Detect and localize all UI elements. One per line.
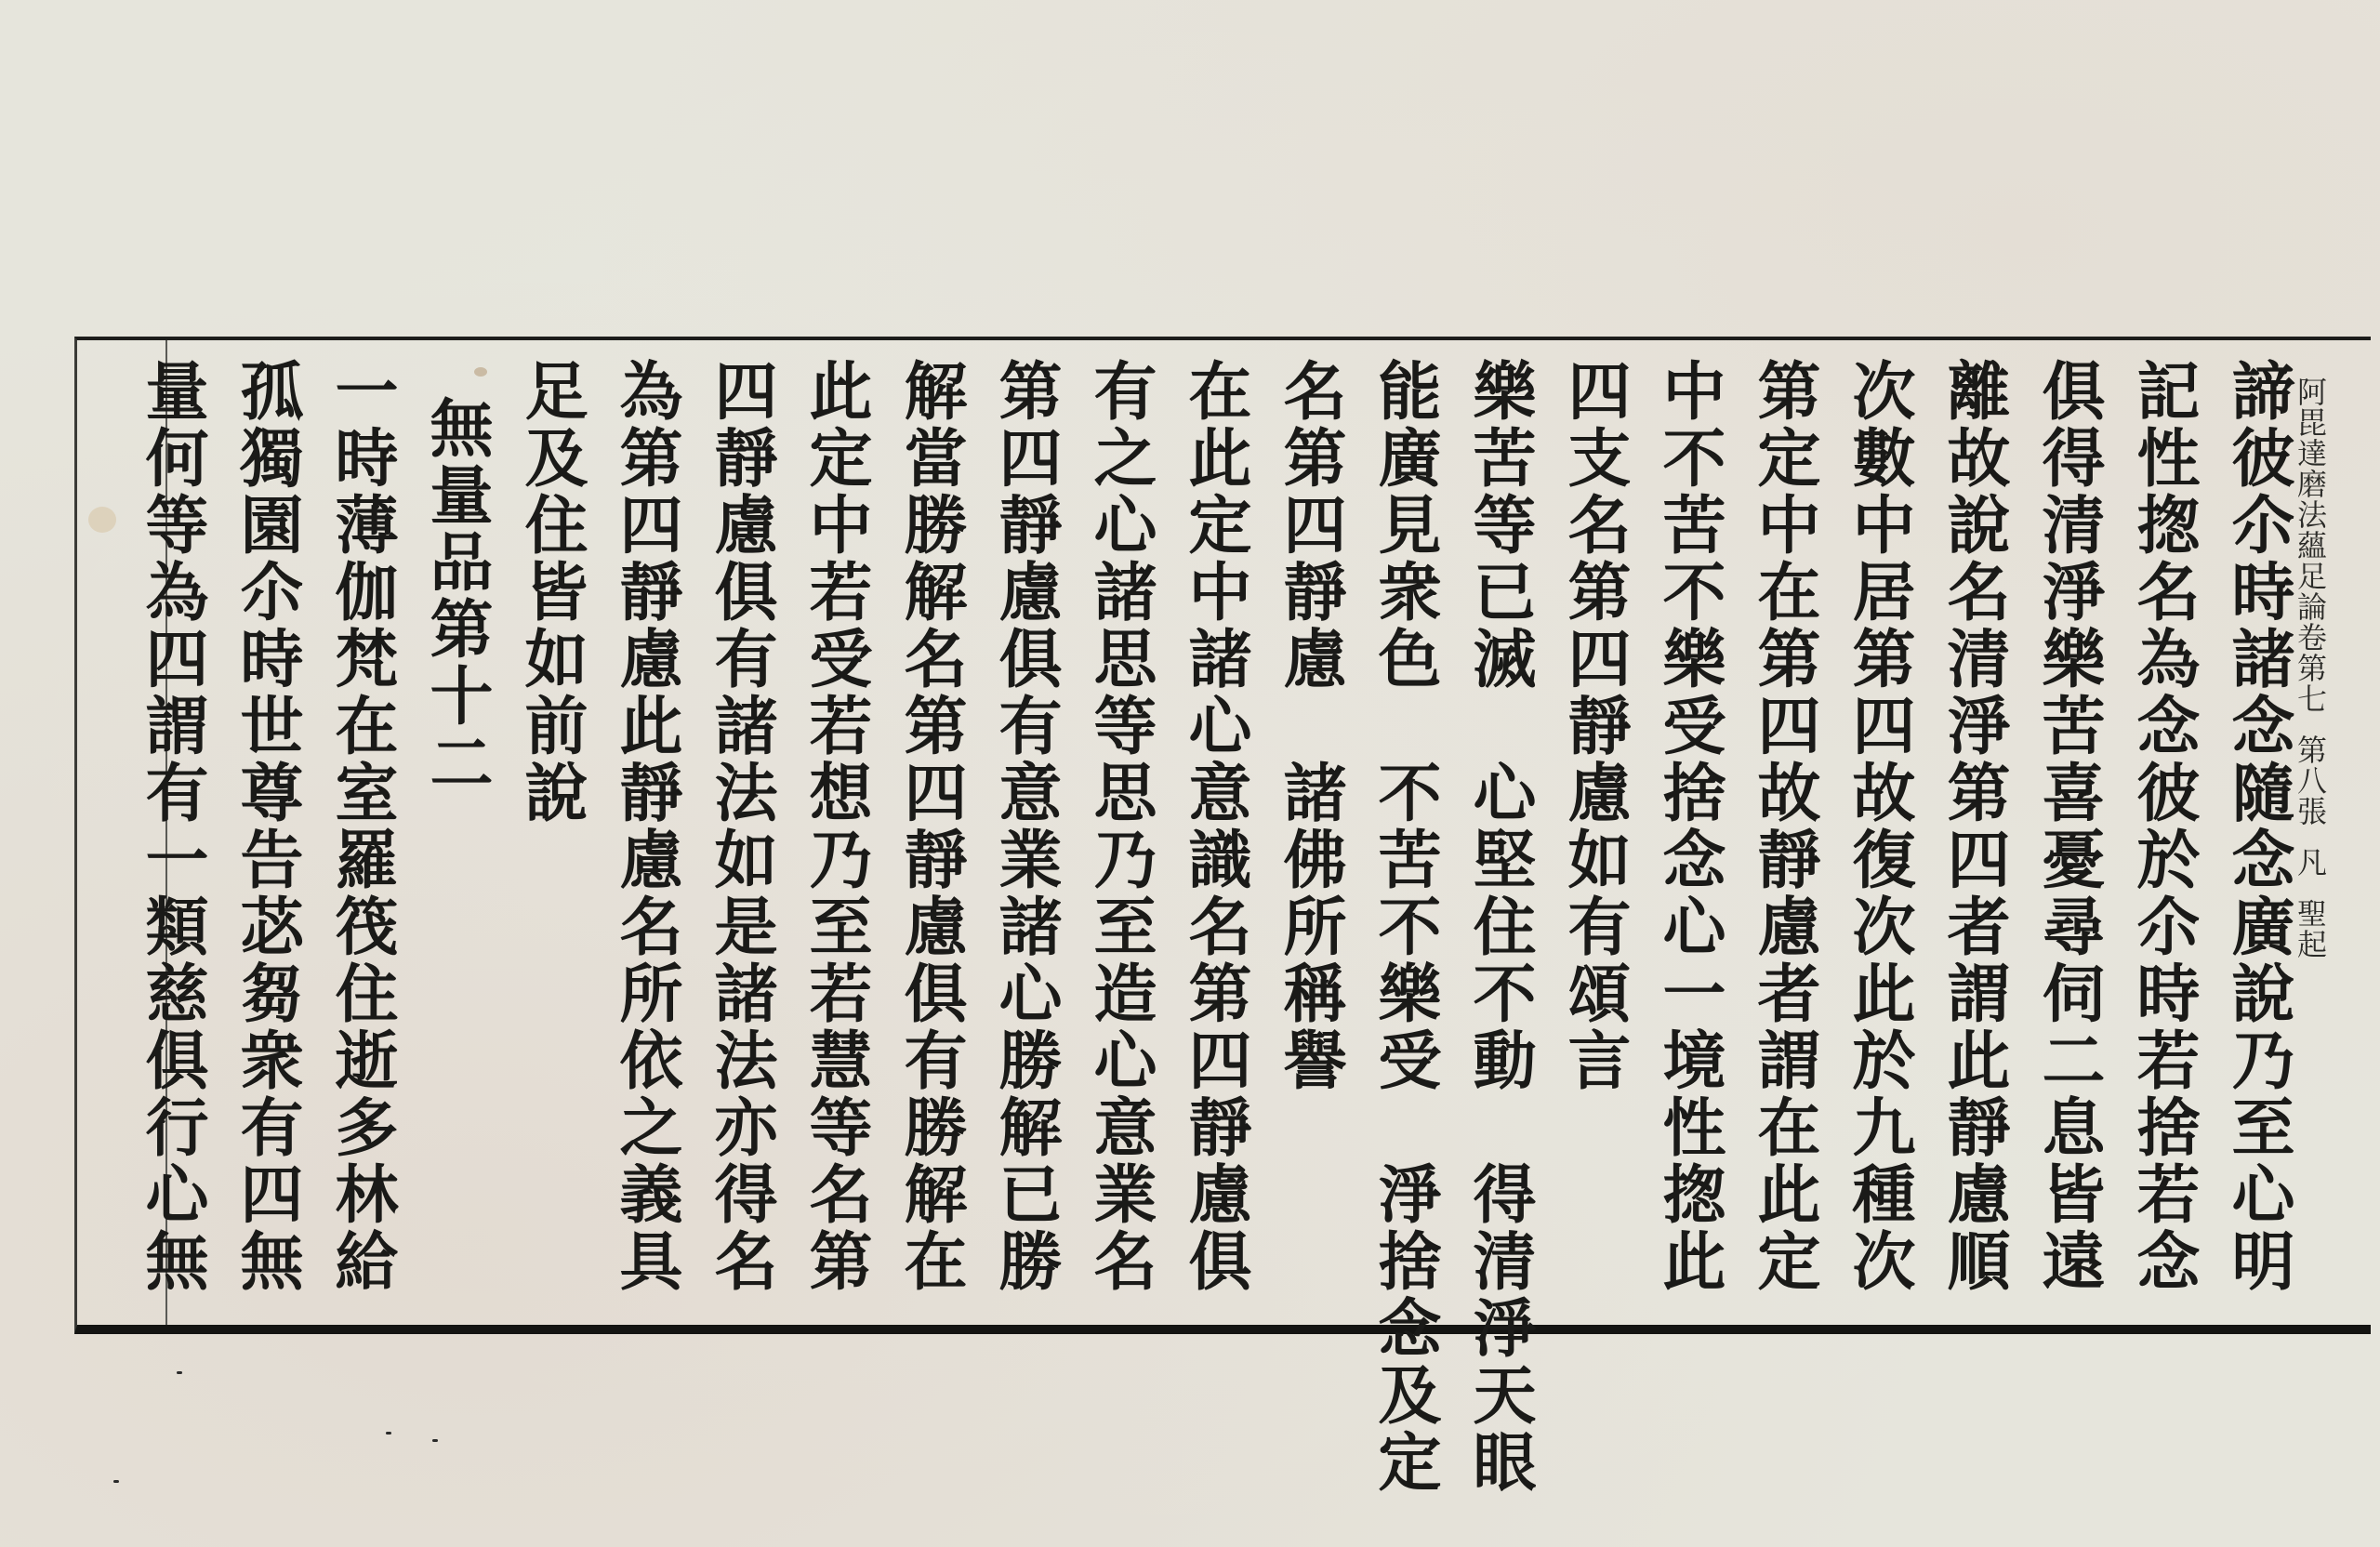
text-column-22: 孤獨園尒時世尊告苾芻衆有四無 — [219, 358, 314, 1316]
paper-speck — [113, 1480, 119, 1483]
text-column-14: 第四靜慮俱有意業諸心勝解已勝 — [978, 358, 1073, 1316]
text-column-1: 諦彼尒時諸念隨念廣說乃至心明 — [2211, 358, 2306, 1316]
text-column-2: 記性揔名為念彼於尒時若捨若念 — [2116, 358, 2211, 1316]
text-column-21: 一時薄伽梵在室羅筏住逝多林給 — [314, 358, 409, 1316]
text-column-23: 量何等為四謂有一類慈俱行心無 — [125, 358, 219, 1316]
text-column-13: 有之心諸思等思乃至造心意業名 — [1073, 358, 1168, 1316]
text-columns: 諦彼尒時諸念隨念廣說乃至心明 記性揔名為念彼於尒時若捨若念 俱得清淨樂苦喜憂尋伺… — [149, 358, 2306, 1316]
text-column-4: 離故說名清淨第四者謂此靜慮順 — [1926, 358, 2021, 1316]
verse-column-10: 能廣見衆色 不苦不樂受 淨捨念及定 — [1357, 358, 1452, 1316]
text-column-5: 次數中居第四故復次此於九種次 — [1831, 358, 1926, 1316]
text-column-6: 第定中在第四故靜慮者謂在此定 — [1737, 358, 1831, 1316]
verse-column-11: 名第四靜慮 諸佛所稱譽 — [1263, 358, 1357, 1316]
chapter-heading: 無量品第十二 — [409, 358, 504, 1316]
text-column-15: 解當勝解名第四靜慮俱有勝解在 — [883, 358, 978, 1316]
paper-speck — [177, 1371, 182, 1374]
paper-speck — [386, 1432, 391, 1435]
text-column-19: 足及住皆如前說 — [504, 358, 599, 1316]
text-column-16: 此定中若受若想乃至若慧等名第 — [788, 358, 883, 1316]
paper-stain — [474, 367, 487, 377]
verse-column-9: 樂苦等已滅 心堅住不動 得清淨天眼 — [1452, 358, 1547, 1316]
text-column-17: 四靜慮俱有諸法如是諸法亦得名 — [694, 358, 788, 1316]
text-column-3: 俱得清淨樂苦喜憂尋伺二息皆遠 — [2021, 358, 2116, 1316]
text-column-18: 為第四靜慮此靜慮名所依之義具 — [599, 358, 694, 1316]
text-column-12: 在此定中諸心意識名第四靜慮俱 — [1168, 358, 1263, 1316]
scanned-page: 阿毘達磨法蘊足論卷第七第八張凡聖起 諦彼尒時諸念隨念廣說乃至心明 記性揔名為念彼… — [0, 0, 2380, 1547]
paper-speck — [432, 1439, 438, 1442]
text-column-7: 中不苦不樂受捨念心一境性揔此 — [1642, 358, 1737, 1316]
paper-stain — [88, 507, 116, 533]
text-column-8: 四支名第四靜慮如有頌言 — [1547, 358, 1642, 1316]
